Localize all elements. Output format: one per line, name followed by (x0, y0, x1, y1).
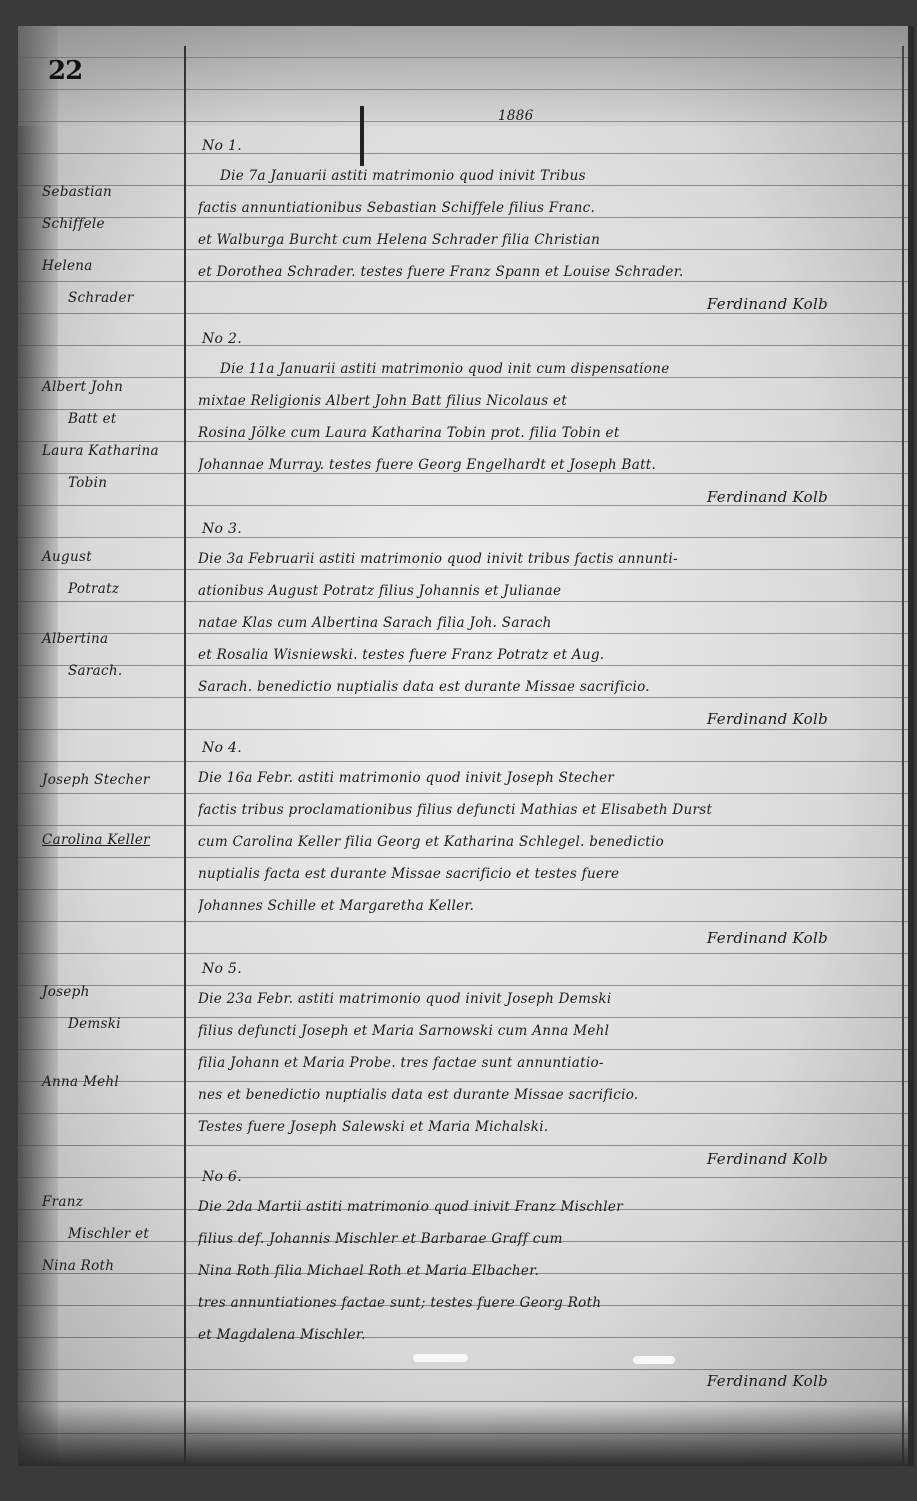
entry-line: Nina Roth filia Michael Roth et Maria El… (198, 1255, 888, 1287)
entry-line: filius defuncti Joseph et Maria Sarnowsk… (198, 1015, 888, 1047)
priest-signature: Ferdinand Kolb (198, 481, 888, 513)
margin-name: Batt et (42, 403, 182, 435)
entry-line: natae Klas cum Albertina Sarach filia Jo… (198, 607, 888, 639)
entry-line: ationibus August Potratz filius Johannis… (198, 575, 888, 607)
margin-name: Carolina Keller (42, 824, 182, 856)
entry-number: No 1. (202, 138, 888, 154)
entry-line: Die 2da Martii astiti matrimonio quod in… (198, 1191, 888, 1223)
priest-signature: Ferdinand Kolb (198, 288, 888, 320)
marriage-entry-1: No 1. Die 7a Januarii astiti matrimonio … (198, 138, 888, 320)
entry-line: Die 3a Februarii astiti matrimonio quod … (198, 543, 888, 575)
entry-line: et Dorothea Schrader. testes fuere Franz… (198, 256, 888, 288)
entry-number: No 5. (202, 961, 888, 977)
margin-name: Albertina (42, 623, 182, 655)
margin-name: Anna Mehl (42, 1066, 182, 1098)
priest-signature: Ferdinand Kolb (198, 922, 888, 954)
marriage-entry-4: No 4. Die 16a Febr. astiti matrimonio qu… (198, 740, 888, 954)
margin-names-entry-5: Joseph Demski Anna Mehl (42, 976, 182, 1098)
entry-line: tres annuntiationes factae sunt; testes … (198, 1287, 888, 1319)
entry-line: nes et benedictio nuptialis data est dur… (198, 1079, 888, 1111)
entry-line: Johannes Schille et Margaretha Keller. (198, 890, 888, 922)
entry-number: No 2. (202, 331, 888, 347)
entry-line: cum Carolina Keller filia Georg et Katha… (198, 826, 888, 858)
entry-line: Die 7a Januarii astiti matrimonio quod i… (198, 160, 888, 192)
entry-number: No 6. (202, 1169, 888, 1185)
right-rule (902, 46, 904, 1466)
margin-name: Tobin (42, 467, 182, 499)
marriage-entry-5: No 5. Die 23a Febr. astiti matrimonio qu… (198, 961, 888, 1175)
register-page: 22 1886 Sebastian Schiffele Helena Schra… (18, 26, 914, 1466)
entry-line: Die 23a Febr. astiti matrimonio quod ini… (198, 983, 888, 1015)
scan-shading-top (18, 26, 908, 126)
correction-blot (413, 1354, 468, 1362)
margin-name: Schrader (42, 282, 182, 314)
marriage-entry-2: No 2. Die 11a Januarii astiti matrimonio… (198, 331, 888, 513)
entry-line: et Walburga Burcht cum Helena Schrader f… (198, 224, 888, 256)
priest-signature: Ferdinand Kolb (198, 703, 888, 735)
entry-line: filius def. Johannis Mischler et Barbara… (198, 1223, 888, 1255)
margin-name: Potratz (42, 573, 182, 605)
margin-name: Demski (42, 1008, 182, 1040)
margin-names-entry-6: Franz Mischler et Nina Roth (42, 1186, 182, 1282)
entry-line: Sarach. benedictio nuptialis data est du… (198, 671, 888, 703)
scan-shadow-bottom (18, 1406, 908, 1466)
entry-line: nuptialis facta est durante Missae sacri… (198, 858, 888, 890)
entry-line: Johannae Murray. testes fuere Georg Enge… (198, 449, 888, 481)
entry-number: No 3. (202, 521, 888, 537)
marriage-entry-3: No 3. Die 3a Februarii astiti matrimonio… (198, 521, 888, 735)
margin-name: Sarach. (42, 655, 182, 687)
entry-line: factis annuntiationibus Sebastian Schiff… (198, 192, 888, 224)
margin-names-entry-1: Sebastian Schiffele Helena Schrader (42, 176, 182, 314)
margin-name: Mischler et (42, 1218, 182, 1250)
entry-number: No 4. (202, 740, 888, 756)
margin-name: Schiffele (42, 208, 182, 240)
margin-name: Laura Katharina (42, 435, 182, 467)
margin-name: Albert John (42, 371, 182, 403)
priest-signature: Ferdinand Kolb (198, 1365, 888, 1397)
entry-line: filia Johann et Maria Probe. tres factae… (198, 1047, 888, 1079)
correction-blot (633, 1356, 675, 1364)
entry-line: Testes fuere Joseph Salewski et Maria Mi… (198, 1111, 888, 1143)
entry-line: Rosina Jölke cum Laura Katharina Tobin p… (198, 417, 888, 449)
entry-line: mixtae Religionis Albert John Batt filiu… (198, 385, 888, 417)
entry-line: et Rosalia Wisniewski. testes fuere Fran… (198, 639, 888, 671)
margin-name: Helena (42, 250, 182, 282)
entry-line: factis tribus proclamationibus filius de… (198, 794, 888, 826)
margin-rule (184, 46, 186, 1466)
entry-line: Die 16a Febr. astiti matrimonio quod ini… (198, 762, 888, 794)
page-number: 22 (48, 56, 82, 86)
year-heading: 1886 (498, 108, 534, 124)
margin-name: August (42, 541, 182, 573)
margin-names-entry-4: Joseph Stecher Carolina Keller (42, 764, 182, 856)
margin-name: Nina Roth (42, 1250, 182, 1282)
margin-name: Franz (42, 1186, 182, 1218)
margin-name: Joseph (42, 976, 182, 1008)
margin-name: Joseph Stecher (42, 764, 182, 796)
margin-names-entry-2: Albert John Batt et Laura Katharina Tobi… (42, 371, 182, 499)
margin-name: Sebastian (42, 176, 182, 208)
margin-names-entry-3: August Potratz Albertina Sarach. (42, 541, 182, 687)
entry-line: Die 11a Januarii astiti matrimonio quod … (198, 353, 888, 385)
entry-line: et Magdalena Mischler. (198, 1319, 888, 1351)
marriage-entry-6: No 6. Die 2da Martii astiti matrimonio q… (198, 1169, 888, 1397)
